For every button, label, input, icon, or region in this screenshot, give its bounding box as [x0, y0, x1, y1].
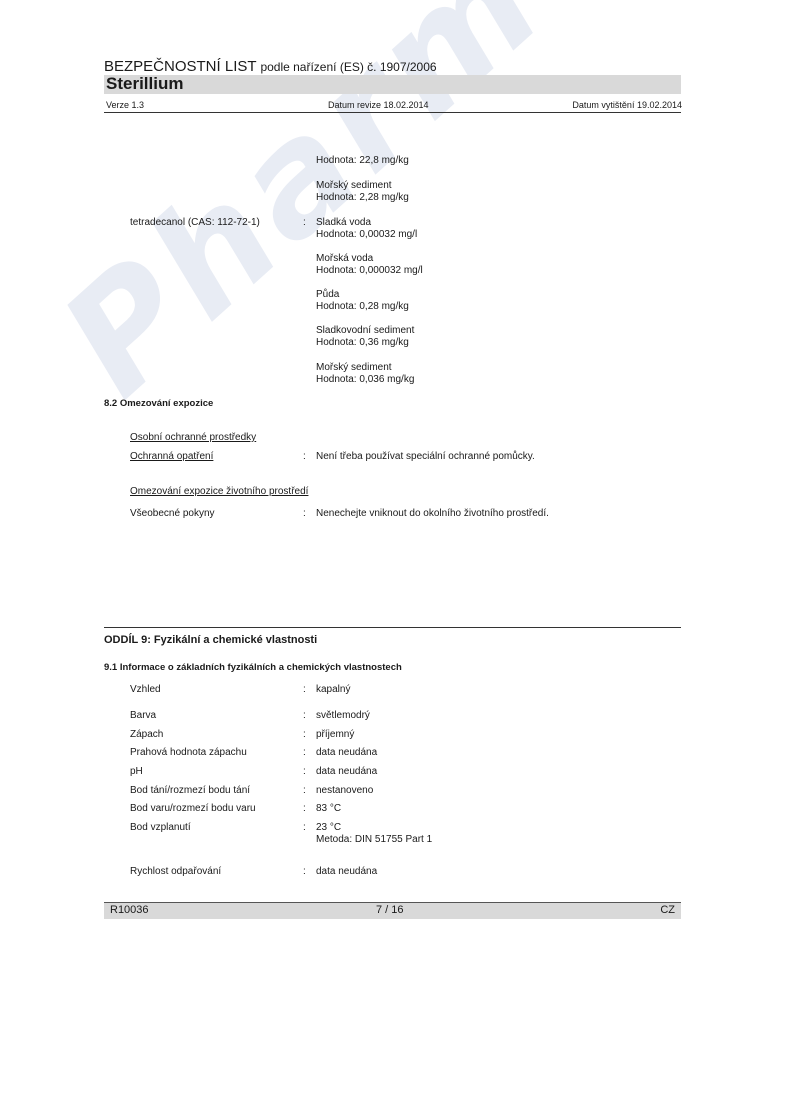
value-line: Hodnota: 2,28 mg/kg [316, 192, 409, 204]
print-date: Datum vytištění 19.02.2014 [572, 100, 682, 110]
product-name: Sterillium [106, 74, 183, 94]
document-code: R10036 [110, 904, 149, 916]
value-line: Mořský sediment [316, 180, 409, 192]
value-line: Sladkovodní sediment [316, 325, 414, 337]
value-line: Hodnota: 0,36 mg/kg [316, 337, 414, 349]
value-line: Půda [316, 289, 409, 301]
colon: : [303, 766, 306, 778]
section-9-1-heading: 9.1 Informace o základních fyzikálních a… [104, 662, 402, 673]
protective-measures-label: Ochranná opatření [130, 451, 213, 463]
property-value: 83 °C [316, 803, 341, 815]
revision-date: Datum revize 18.02.2014 [328, 100, 429, 110]
property-label: Zápach [130, 729, 163, 741]
colon: : [303, 508, 306, 520]
value-line: data neudána [316, 747, 377, 759]
product-bar [104, 75, 681, 94]
property-value: kapalný [316, 684, 350, 696]
value-block: Mořská voda Hodnota: 0,000032 mg/l [316, 253, 423, 277]
value-line: 83 °C [316, 803, 341, 815]
value-block: Půda Hodnota: 0,28 mg/kg [316, 289, 409, 313]
version: Verze 1.3 [106, 100, 144, 110]
property-label: Bod varu/rozmezí bodu varu [130, 803, 256, 815]
value-line: Mořský sediment [316, 362, 414, 374]
value-block: Mořský sediment Hodnota: 2,28 mg/kg [316, 180, 409, 204]
document-title-regulation: podle nařízení (ES) č. 1907/2006 [260, 60, 436, 74]
ppe-heading: Osobní ochranné prostředky [130, 432, 256, 444]
country-code: CZ [660, 904, 675, 916]
colon: : [303, 729, 306, 741]
value-line: Hodnota: 0,00032 mg/l [316, 229, 417, 241]
section-divider [104, 627, 681, 628]
document-title-main: BEZPEČNOSTNÍ LIST [104, 58, 256, 75]
property-value: data neudána [316, 866, 377, 878]
property-value: data neudána [316, 747, 377, 759]
property-label: Bod tání/rozmezí bodu tání [130, 785, 250, 797]
property-label: Barva [130, 710, 156, 722]
property-label: Prahová hodnota zápachu [130, 747, 247, 759]
value-line: data neudána [316, 766, 377, 778]
colon: : [303, 684, 306, 696]
value-block: Hodnota: 22,8 mg/kg [316, 155, 409, 167]
colon: : [303, 710, 306, 722]
environmental-exposure-heading: Omezování expozice životního prostředí [130, 486, 308, 498]
property-value: příjemný [316, 729, 354, 741]
value-line: nestanoveno [316, 785, 373, 797]
property-label: pH [130, 766, 143, 778]
section-9-heading: ODDÍL 9: Fyzikální a chemické vlastnosti [104, 634, 317, 646]
document-title: BEZPEČNOSTNÍ LIST podle nařízení (ES) č.… [104, 58, 437, 75]
value-line: Mořská voda [316, 253, 423, 265]
colon: : [303, 785, 306, 797]
value-line: 23 °C [316, 822, 432, 834]
header-divider [104, 112, 681, 113]
colon: : [303, 803, 306, 815]
value-line: Hodnota: 0,28 mg/kg [316, 301, 409, 313]
general-advice-label: Všeobecné pokyny [130, 508, 215, 520]
colon: : [303, 217, 306, 229]
value-line: Metoda: DIN 51755 Part 1 [316, 834, 432, 846]
value-line: příjemný [316, 729, 354, 741]
section-8-2-heading: 8.2 Omezování expozice [104, 398, 213, 409]
value-block: Sladkovodní sediment Hodnota: 0,36 mg/kg [316, 325, 414, 349]
value-line: Sladká voda [316, 217, 417, 229]
value-block: Mořský sediment Hodnota: 0,036 mg/kg [316, 362, 414, 386]
colon: : [303, 866, 306, 878]
property-label: Rychlost odpařování [130, 866, 221, 878]
property-label: Vzhled [130, 684, 161, 696]
colon: : [303, 747, 306, 759]
value-line: Hodnota: 0,036 mg/kg [316, 374, 414, 386]
property-label: Bod vzplanutí [130, 822, 191, 834]
value-line: Hodnota: 0,000032 mg/l [316, 265, 423, 277]
substance-name: tetradecanol (CAS: 112-72-1) [130, 217, 260, 229]
protective-measures-value: Není třeba používat speciální ochranné p… [316, 451, 535, 463]
value-line: data neudána [316, 866, 377, 878]
value-line: světlemodrý [316, 710, 370, 722]
property-value: světlemodrý [316, 710, 370, 722]
property-value: nestanoveno [316, 785, 373, 797]
property-value: 23 °CMetoda: DIN 51755 Part 1 [316, 822, 432, 846]
page-number: 7 / 16 [376, 904, 404, 916]
value-line: Hodnota: 22,8 mg/kg [316, 155, 409, 167]
property-value: data neudána [316, 766, 377, 778]
colon: : [303, 451, 306, 463]
general-advice-value: Nenechejte vniknout do okolního životníh… [316, 508, 549, 520]
colon: : [303, 822, 306, 834]
value-block: Sladká voda Hodnota: 0,00032 mg/l [316, 217, 417, 241]
value-line: kapalný [316, 684, 350, 696]
